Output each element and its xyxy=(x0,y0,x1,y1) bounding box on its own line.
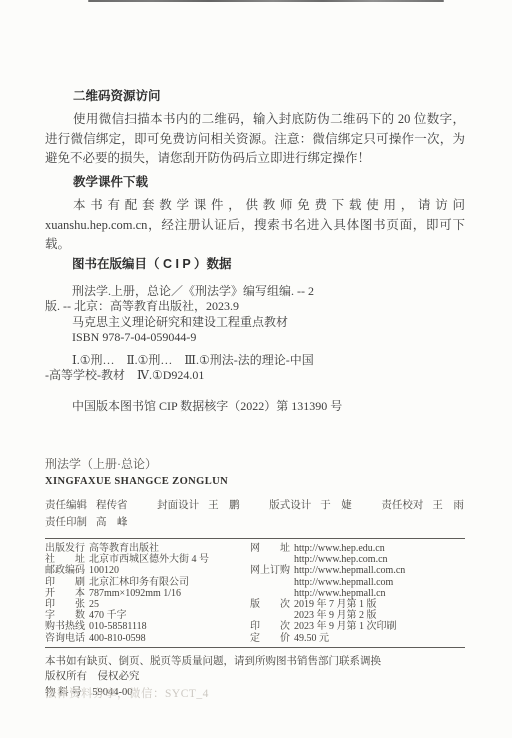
staff-role: 版式设计 xyxy=(269,499,311,511)
value: 010-58581118 xyxy=(89,621,250,632)
cip-title: 图书在版编目（ C I P ）数据 xyxy=(45,254,465,272)
table-row: 印 张25版 次2019 年 7 月第 1 版 xyxy=(45,599,465,610)
staff-credits: 责任编辑程传省 封面设计王 鹏 版式设计于 婕 责任校对王 雨 责任印制高 峰 xyxy=(45,497,465,531)
quality-notice: 本书如有缺页、倒页、脱页等质量问题，请到所购图书销售部门联系调换 xyxy=(45,654,465,670)
label: 版 次 xyxy=(250,599,294,610)
book-title-pinyin: XINGFAXUE SHANGCE ZONGLUN xyxy=(45,476,465,487)
staff-pair: 责任编辑程传省 xyxy=(45,497,128,514)
staff-name: 程传省 xyxy=(96,500,128,511)
label xyxy=(250,610,294,621)
watermark-text: 法律资料分享，微信：SYCT_4 xyxy=(45,685,209,701)
label: 社 址 xyxy=(45,554,89,565)
value: 北京市西城区德外大街 4 号 xyxy=(89,554,250,565)
table-row: 社 址北京市西城区德外大街 4 号http://www.hep.com.cn xyxy=(45,554,465,565)
value: http://www.hepmall.com xyxy=(294,577,465,588)
staff-name: 高 峰 xyxy=(96,517,128,528)
table-row: 印 刷北京汇林印务有限公司http://www.hepmall.com xyxy=(45,577,465,588)
label: 印 张 xyxy=(45,599,89,610)
value: 49.50 元 xyxy=(294,633,465,644)
staff-role: 责任校对 xyxy=(381,499,423,511)
label: 出版发行 xyxy=(45,543,89,554)
cip-classification-line: Ⅰ.①刑… Ⅱ.①刑… Ⅲ.①刑法-法的理论-中国 xyxy=(45,353,465,368)
qr-section-body: 使用微信扫描本书内的二维码，输入封底防伪二维码下的 20 位数字，进行微信绑定，… xyxy=(45,110,465,169)
staff-name: 于 婕 xyxy=(320,500,352,511)
cip-isbn: ISBN 978-7-04-059044-9 xyxy=(45,330,465,345)
label xyxy=(250,588,294,599)
table-row: 咨询电话400-810-0598定 价49.50 元 xyxy=(45,633,465,644)
label: 印 刷 xyxy=(45,577,89,588)
table-row: 购书热线010-58581118印 次2023 年 9 月第 1 次印刷 xyxy=(45,621,465,632)
divider-bottom xyxy=(45,647,465,648)
value: 2023 年 9 月第 1 次印刷 xyxy=(294,621,465,632)
courseware-section-body: 本书有配套教学课件，供教师免费下载使用，请访问 xuanshu.hep.com.… xyxy=(45,196,465,255)
label: 邮政编码 xyxy=(45,565,89,576)
label: 购书热线 xyxy=(45,621,89,632)
value: 100120 xyxy=(89,565,250,576)
staff-name: 王 鹏 xyxy=(208,500,240,511)
value: http://www.hep.edu.cn xyxy=(294,543,465,554)
value: 25 xyxy=(89,599,250,610)
table-row: 字 数470 千字2023 年 9 月第 2 版 xyxy=(45,610,465,621)
staff-pair: 责任校对王 雨 xyxy=(381,497,464,514)
label: 开 本 xyxy=(45,588,89,599)
staff-pair: 封面设计王 鹏 xyxy=(157,497,240,514)
label: 网上订购 xyxy=(250,565,294,576)
staff-role: 封面设计 xyxy=(157,499,199,511)
staff-pair: 责任印制高 峰 xyxy=(45,514,128,531)
cip-section: 图书在版编目（ C I P ）数据 刑法学.上册，总论／《刑法学》编写组编. -… xyxy=(45,254,465,414)
cip-line: 刑法学.上册，总论／《刑法学》编写组编. -- 2 xyxy=(45,284,465,299)
staff-role: 责任印制 xyxy=(45,516,87,528)
value: 高等教育出版社 xyxy=(89,543,250,554)
cip-registry-number: 中国版本图书馆 CIP 数据核字（2022）第 131390 号 xyxy=(45,397,465,414)
label: 印 次 xyxy=(250,621,294,632)
copyright-notice: 版权所有 侵权必究 xyxy=(45,669,465,685)
table-row: 出版发行高等教育出版社网 址http://www.hep.edu.cn xyxy=(45,543,465,554)
publication-table: 出版发行高等教育出版社网 址http://www.hep.edu.cn 社 址北… xyxy=(45,543,465,644)
divider-top xyxy=(45,538,465,539)
staff-role: 责任编辑 xyxy=(45,499,87,511)
courseware-section: 教学课件下载 本书有配套教学课件，供教师免费下载使用，请访问 xuanshu.h… xyxy=(45,172,465,255)
value: 2023 年 9 月第 2 版 xyxy=(294,610,465,621)
qr-section-title: 二维码资源访问 xyxy=(45,86,465,104)
staff-name: 王 雨 xyxy=(432,500,464,511)
colophon-section: 刑法学（上册·总论） XINGFAXUE SHANGCE ZONGLUN 责任编… xyxy=(45,455,465,700)
qr-resource-section: 二维码资源访问 使用微信扫描本书内的二维码，输入封底防伪二维码下的 20 位数字… xyxy=(45,86,465,169)
cip-line: 马克思主义理论研究和建设工程重点教材 xyxy=(45,315,465,330)
label: 网 址 xyxy=(250,543,294,554)
label xyxy=(250,554,294,565)
value: 470 千字 xyxy=(89,610,250,621)
label xyxy=(250,577,294,588)
cip-line: 版. -- 北京：高等教育出版社，2023.9 xyxy=(45,299,465,314)
label: 字 数 xyxy=(45,610,89,621)
value: http://www.hepmall.cn xyxy=(294,588,465,599)
value: 400-810-0598 xyxy=(89,633,250,644)
value: http://www.hep.com.cn xyxy=(294,554,465,565)
value: 北京汇林印务有限公司 xyxy=(89,577,250,588)
value: 2019 年 7 月第 1 版 xyxy=(294,599,465,610)
label: 定 价 xyxy=(250,633,294,644)
courseware-section-title: 教学课件下载 xyxy=(45,172,465,190)
table-row: 开 本787mm×1092mm 1/16http://www.hepmall.c… xyxy=(45,588,465,599)
book-title: 刑法学（上册·总论） xyxy=(45,455,465,472)
table-row: 邮政编码100120网上订购http://www.hepmall.com.cn xyxy=(45,565,465,576)
scan-edge-artifact xyxy=(88,0,444,2)
value: http://www.hepmall.com.cn xyxy=(294,565,465,576)
cip-classification-line: -高等学校-教材 Ⅳ.①D924.01 xyxy=(45,368,465,383)
staff-pair: 版式设计于 婕 xyxy=(269,497,352,514)
value: 787mm×1092mm 1/16 xyxy=(89,588,250,599)
label: 咨询电话 xyxy=(45,633,89,644)
